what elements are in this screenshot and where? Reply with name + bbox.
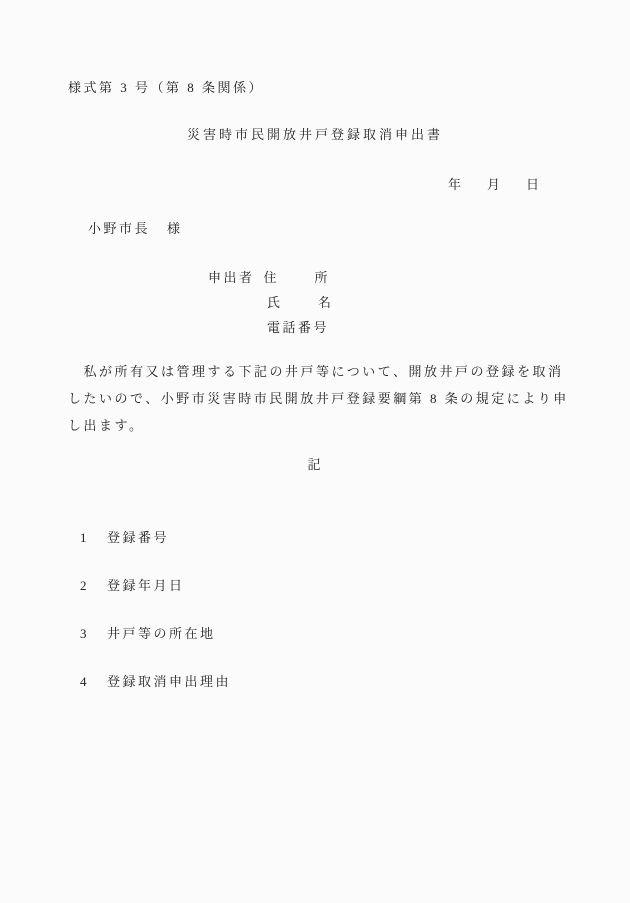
body-paragraph: 私が所有又は管理する下記の井戸等について、開放井戸の登録を取消 したいので、小野… — [68, 358, 568, 439]
body-line-3: し出ます。 — [68, 412, 568, 439]
list-item: 1 登録番号 — [80, 531, 169, 544]
item-number: 1 — [80, 531, 107, 544]
addressee-line: 小野市長様 — [88, 222, 183, 235]
date-line: 年 月 日 — [448, 178, 539, 191]
address-label-char-1: 住 — [264, 271, 277, 284]
document-page: 様式第 3 号（第 8 条関係） 災害時市民開放井戸登録取消申出書 年 月 日 … — [0, 0, 630, 903]
item-label: 登録番号 — [107, 531, 169, 544]
list-header: 記 — [0, 458, 630, 471]
applicant-row-address: 申出者 住 所 — [208, 271, 328, 284]
item-number: 3 — [80, 627, 107, 640]
list-item: 3 井戸等の所在地 — [80, 627, 216, 640]
form-number: 様式第 3 号（第 8 条関係） — [68, 81, 264, 94]
item-label: 井戸等の所在地 — [107, 627, 216, 640]
applicant-label: 申出者 — [208, 271, 255, 284]
item-label: 登録年月日 — [107, 579, 185, 592]
address-label: 住 所 — [264, 271, 328, 284]
body-line-1: 私が所有又は管理する下記の井戸等について、開放井戸の登録を取消 — [68, 358, 568, 385]
addressee-honorific: 様 — [167, 221, 183, 236]
list-item: 2 登録年月日 — [80, 579, 185, 592]
name-label: 氏 名 — [267, 296, 331, 309]
item-label: 登録取消申出理由 — [107, 675, 231, 688]
name-label-char-2: 名 — [318, 296, 331, 309]
addressee-name: 小野市長 — [88, 221, 150, 236]
item-number: 4 — [80, 675, 107, 688]
document-title: 災害時市民開放井戸登録取消申出書 — [0, 128, 630, 141]
list-item: 4 登録取消申出理由 — [80, 675, 231, 688]
year-label: 年 — [448, 178, 461, 191]
applicant-row-name: 氏 名 — [267, 296, 331, 309]
body-line-2: したいので、小野市災害時市民開放井戸登録要綱第 8 条の規定により申 — [68, 385, 568, 412]
day-label: 日 — [526, 178, 539, 191]
name-label-char-1: 氏 — [267, 296, 280, 309]
month-label: 月 — [487, 178, 500, 191]
address-label-char-2: 所 — [315, 271, 328, 284]
phone-label: 電話番号 — [267, 321, 329, 334]
item-number: 2 — [80, 579, 107, 592]
